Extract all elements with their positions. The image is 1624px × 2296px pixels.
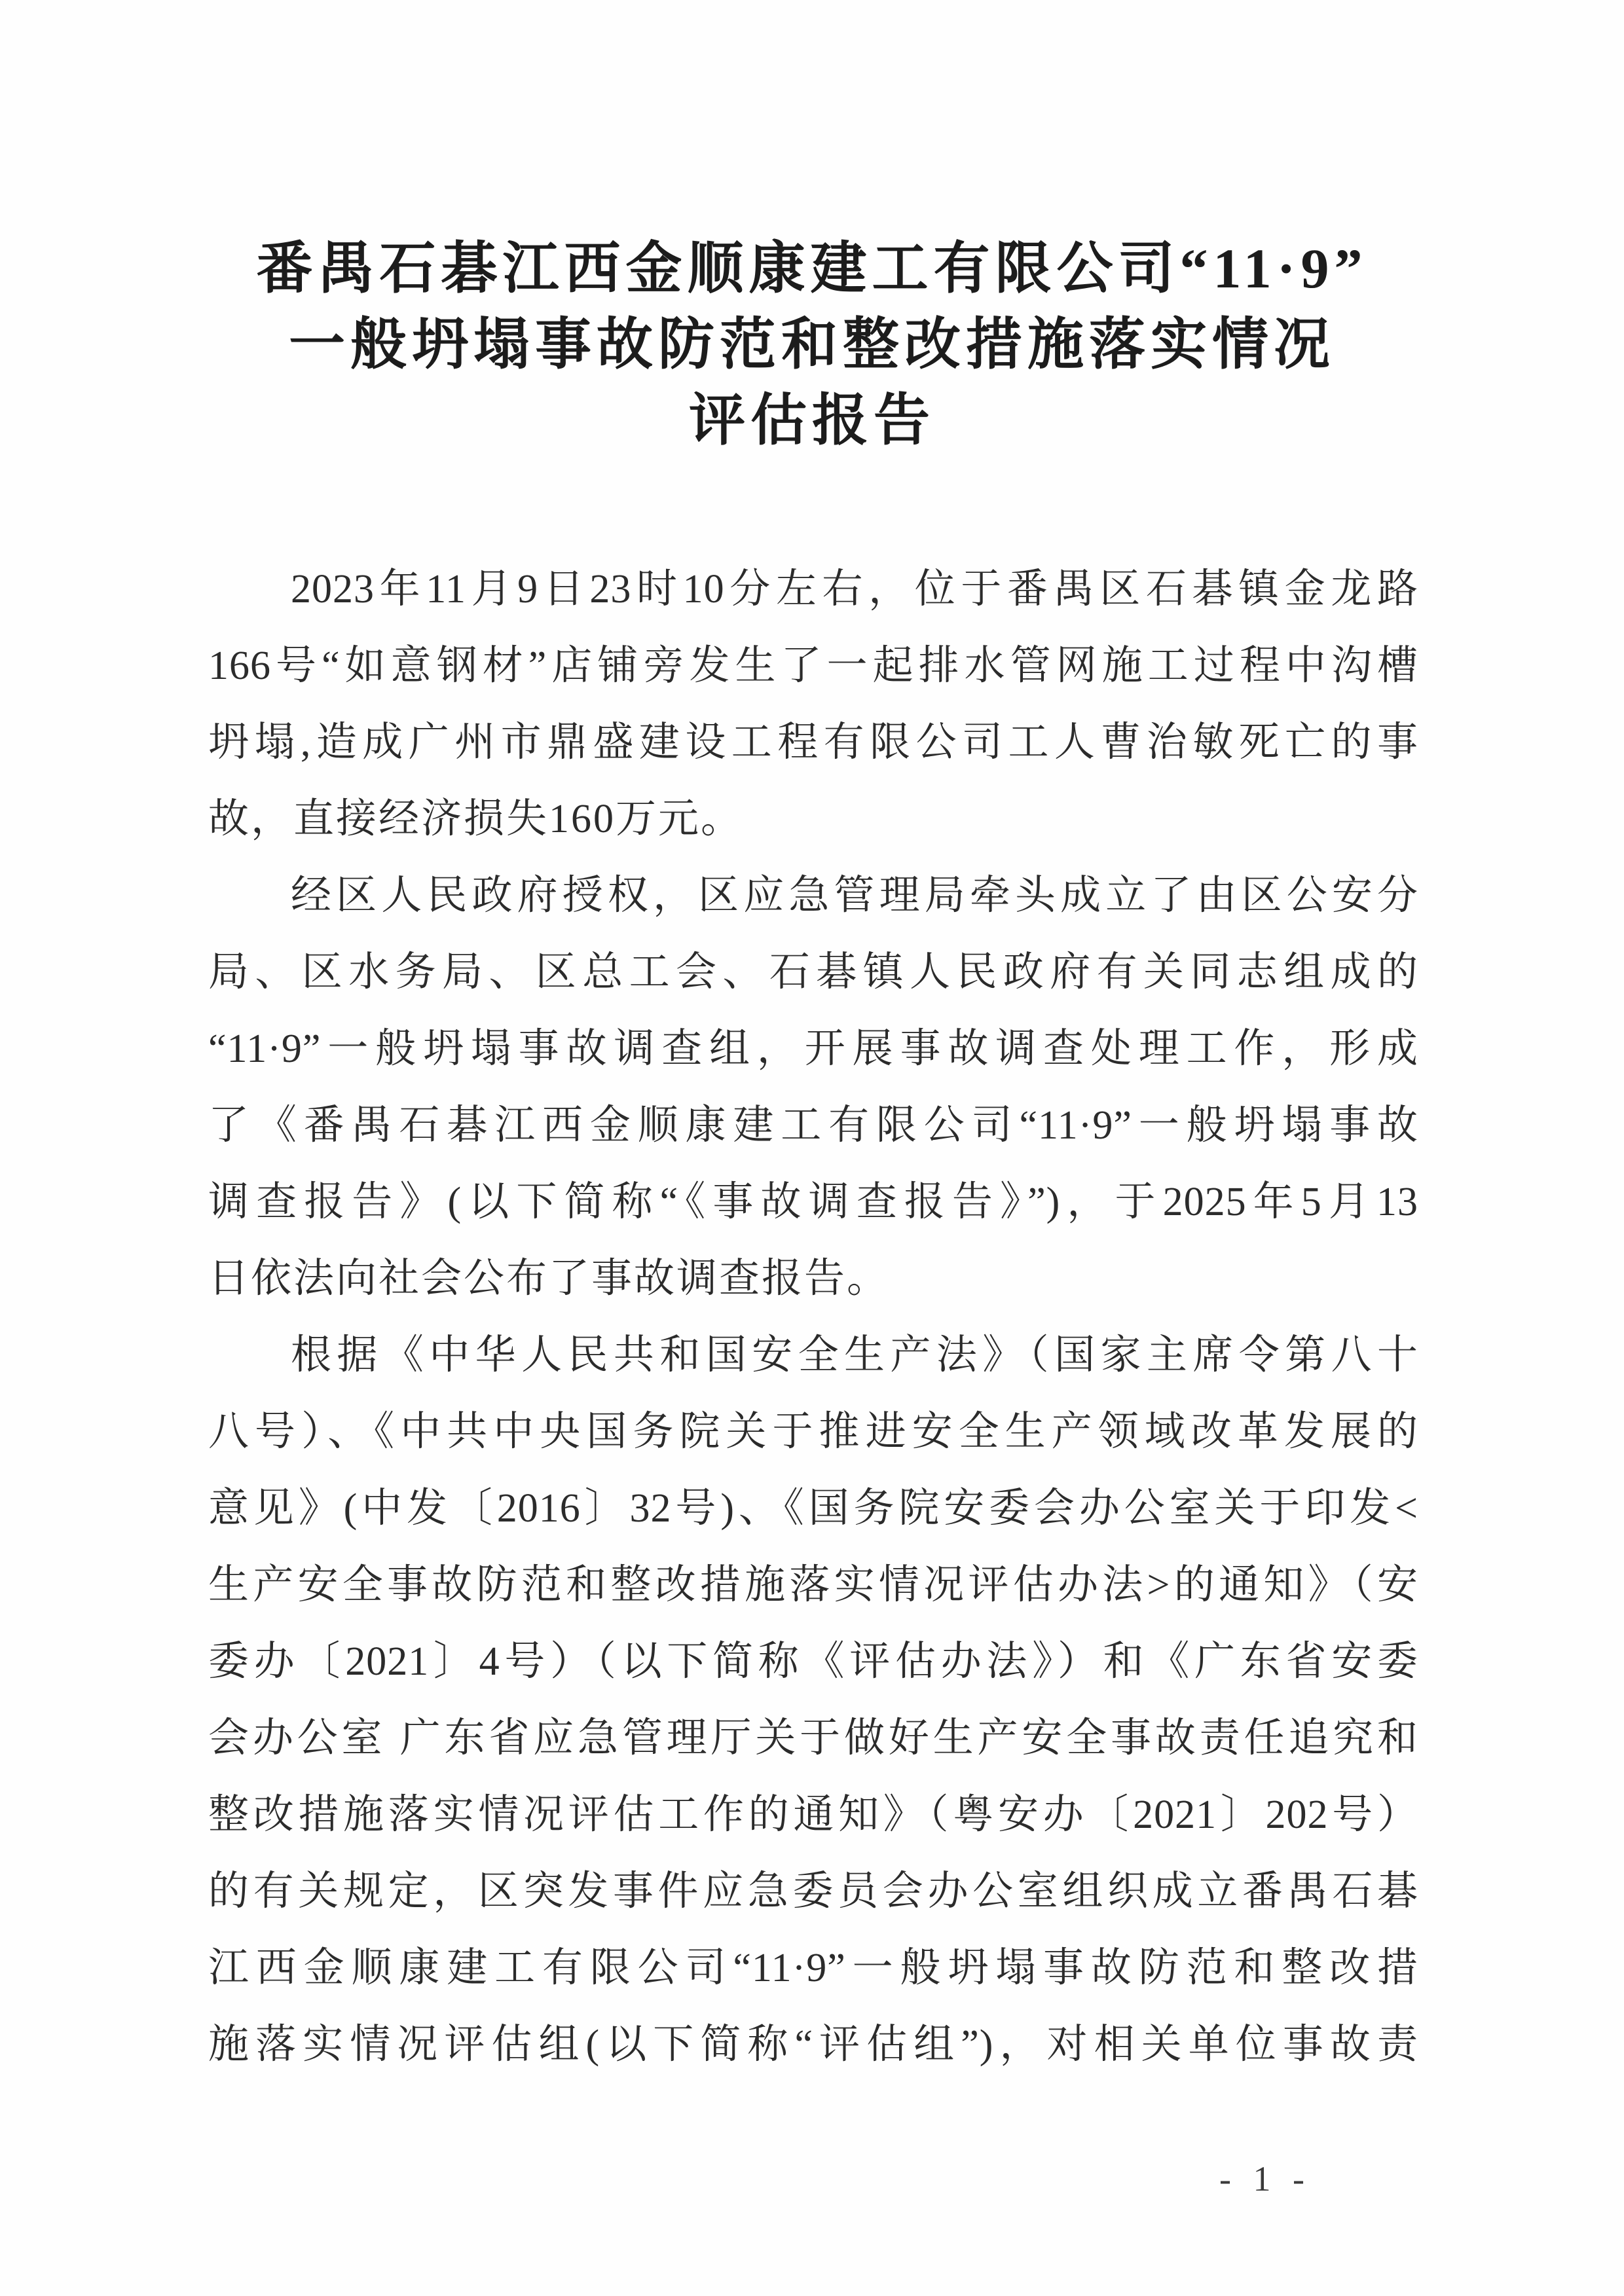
document-page: 番禺石碁江西金顺康建工有限公司“11·9” 一般坍塌事故防范和整改措施落实情况 … — [0, 0, 1624, 2296]
body-line-17: 整改措施落实情况评估工作的通知》（粤安办〔2021〕202号） — [208, 1777, 1418, 1853]
body-line-11: 根据《中华人民共和国安全生产法》（国家主席令第八十 — [208, 1317, 1418, 1394]
body-line-1: 2023年11月9日23时10分左右，位于番禺区石碁镇金龙路 — [208, 551, 1418, 628]
page-footer: - 1 - — [1219, 2159, 1311, 2198]
document-title-line-3: 评估报告 — [0, 382, 1624, 458]
body-line-8: 了《番禺石碁江西金顺康建工有限公司“11·9”一般坍塌事故 — [208, 1087, 1418, 1164]
document-title-line-1: 番禺石碁江西金顺康建工有限公司“11·9” — [0, 230, 1624, 306]
document-body: 2023年11月9日23时10分左右，位于番禺区石碁镇金龙路 166号“如意钢材… — [208, 551, 1418, 2083]
body-line-6: 局、区水务局、区总工会、石碁镇人民政府有关同志组成的 — [208, 934, 1418, 1011]
body-line-2: 166号“如意钢材”店铺旁发生了一起排水管网施工过程中沟槽 — [208, 628, 1418, 704]
body-line-3: 坍塌,造成广州市鼎盛建设工程有限公司工人曹治敏死亡的事 — [208, 704, 1418, 781]
body-line-10: 日依法向社会公布了事故调查报告。 — [208, 1241, 1418, 1317]
body-line-9: 调查报告》(以下简称“《事故调查报告》”)，于2025年5月13 — [208, 1164, 1418, 1241]
body-line-14: 生产安全事故防范和整改措施落实情况评估办法>的通知》（安 — [208, 1547, 1418, 1624]
body-line-7: “11·9”一般坍塌事故调查组，开展事故调查处理工作，形成 — [208, 1011, 1418, 1087]
body-line-20: 施落实情况评估组(以下简称“评估组”)，对相关单位事故责 — [208, 2007, 1418, 2083]
body-line-4: 故，直接经济损失160万元。 — [208, 781, 1418, 858]
body-line-19: 江西金顺康建工有限公司“11·9”一般坍塌事故防范和整改措 — [208, 1930, 1418, 2007]
body-line-5: 经区人民政府授权，区应急管理局牵头成立了由区公安分 — [208, 858, 1418, 934]
page-number: - 1 - — [1219, 2159, 1311, 2198]
body-line-18: 的有关规定，区突发事件应急委员会办公室组织成立番禺石碁 — [208, 1853, 1418, 1930]
document-title-line-2: 一般坍塌事故防范和整改措施落实情况 — [0, 306, 1624, 382]
body-line-12: 八号）、《中共中央国务院关于推进安全生产领域改革发展的 — [208, 1394, 1418, 1470]
body-line-13: 意见》(中发〔2016〕32号)、《国务院安委会办公室关于印发< — [208, 1470, 1418, 1547]
body-line-16: 会办公室 广东省应急管理厅关于做好生产安全事故责任追究和 — [208, 1700, 1418, 1777]
body-line-15: 委办〔2021〕4号）（以下简称《评估办法》）和《广东省安委 — [208, 1624, 1418, 1700]
document-title: 番禺石碁江西金顺康建工有限公司“11·9” 一般坍塌事故防范和整改措施落实情况 … — [0, 230, 1624, 458]
